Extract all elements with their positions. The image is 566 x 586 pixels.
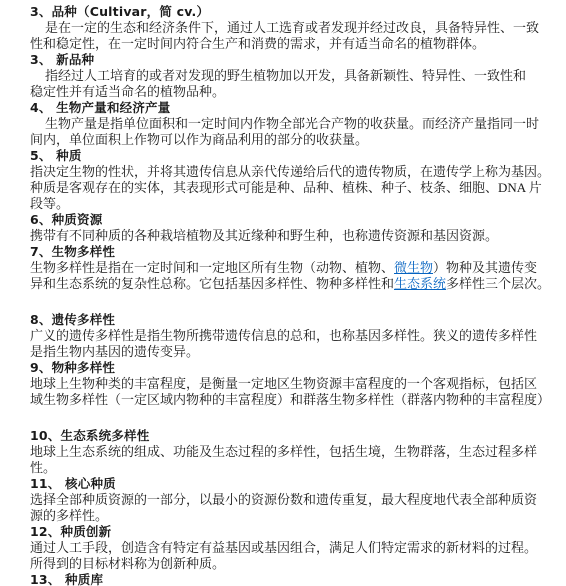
text-run: 域生物多样性（一定区域内物种的丰富程度）和群落生物多样性（群落内物种的丰富程度） — [30, 392, 550, 407]
text-run: 生物多样性是指在一定时间和一定地区所有生物（动物、植物、 — [30, 260, 394, 275]
text-line: 携带有不同种质的各种栽培植物及其近缘种和野生种，也称遗传资源和基因资源。 — [30, 228, 548, 244]
text-line: 是指生物内基因的遗传变异。 — [30, 344, 548, 360]
section-heading-3: 4、 生物产量和经济产量 — [30, 100, 548, 116]
text-line: 种质是客观存在的实体，其表现形式可能是种、品种、植株、种子、枝条、细胞、DNA … — [30, 180, 548, 196]
section-heading-11: 12、种质创新 — [30, 524, 548, 540]
text-run: 源的多样性。 — [30, 508, 108, 523]
text-line: 选择全部种质资源的一部分，以最小的资源份数和遗传重复，最大程度地代表全部种质资 — [30, 492, 548, 508]
text-line: 异和生态系统的复杂性总称。它包括基因多样性、物种多样性和生态系统多样性三个层次。 — [30, 276, 548, 292]
text-line: 域生物多样性（一定区域内物种的丰富程度）和群落生物多样性（群落内物种的丰富程度） — [30, 392, 548, 408]
text-line: 源的多样性。 — [30, 508, 548, 524]
paragraph-gap — [30, 292, 548, 312]
text-line: 生物多样性是指在一定时间和一定地区所有生物（动物、植物、微生物）物种及其遗传变 — [30, 260, 548, 276]
section-heading-7: 8、遗传多样性 — [30, 312, 548, 328]
text-line: 通过人工手段，创造含有特定有益基因或基因组合，满足人们特定需求的新材料的过程。 — [30, 540, 548, 556]
section-heading-4: 5、 种质 — [30, 148, 548, 164]
text-line: 段等。 — [30, 196, 548, 212]
text-line: 指决定生物的性状，并将其遗传信息从亲代传递给后代的遗传物质，在遗传学上称为基因。 — [30, 164, 548, 180]
hyperlink-microorganism[interactable]: 微生物 — [394, 260, 433, 275]
text-run: 性。 — [30, 460, 56, 475]
text-line: 广义的遗传多样性是指生物所携带遗传信息的总和，也称基因多样性。狭义的遗传多样性 — [30, 328, 548, 344]
text-run: 广义的遗传多样性是指生物所携带遗传信息的总和，也称基因多样性。狭义的遗传多样性 — [30, 328, 537, 343]
text-run: 所得到的目标材料称为创新种质。 — [30, 556, 225, 571]
text-line: 性和稳定性，在一定时间内符合生产和消费的需求，并有适当命名的植物群体。 — [30, 36, 548, 52]
text-line: 生物产量是指单位面积和一定时间内作物全部光合产物的收获量。而经济产量指同一时 — [30, 116, 548, 132]
text-run: 是指生物内基因的遗传变异。 — [30, 344, 199, 359]
text-run: 段等。 — [30, 196, 69, 211]
section-heading-5: 6、种质资源 — [30, 212, 548, 228]
text-run: 生物产量是指单位面积和一定时间内作物全部光合产物的收获量。而经济产量指同一时 — [45, 116, 539, 131]
document-page: 3、品种（Cultivar，简 cv.）是在一定的生态和经济条件下，通过人工选育… — [0, 0, 566, 586]
text-line: 指经过人工培育的或者对发现的野生植物加以开发，具备新颖性、特异性、一致性和 — [30, 68, 548, 84]
text-run: 选择全部种质资源的一部分，以最小的资源份数和遗传重复，最大程度地代表全部种质资 — [30, 492, 537, 507]
text-line: 是在一定的生态和经济条件下，通过人工选育或者发现并经过改良，具备特异性、一致 — [30, 20, 548, 36]
paragraph-gap — [30, 408, 548, 428]
text-line: 间内，单位面积上作物可以作为商品利用的部分的收获量。 — [30, 132, 548, 148]
text-run: 地球上生物种类的丰富程度，是衡量一定地区生物资源丰富程度的一个客观指标，包括区 — [30, 376, 537, 391]
text-run: 间内，单位面积上作物可以作为商品利用的部分的收获量。 — [30, 132, 368, 147]
hyperlink-ecosystem[interactable]: 生态系统 — [394, 276, 446, 291]
text-run: 地球上生态系统的组成、功能及生态过程的多样性，包括生境，生物群落，生态过程多样 — [30, 444, 537, 459]
text-run: 性和稳定性，在一定时间内符合生产和消费的需求，并有适当命名的植物群体。 — [30, 36, 485, 51]
section-heading-6: 7、生物多样性 — [30, 244, 548, 260]
text-line: 地球上生态系统的组成、功能及生态过程的多样性，包括生境，生物群落，生态过程多样 — [30, 444, 548, 460]
section-heading-10: 11、 核心种质 — [30, 476, 548, 492]
text-run: 稳定性并有适当命名的植物品种。 — [30, 84, 225, 99]
section-heading-9: 10、生态系统多样性 — [30, 428, 548, 444]
text-run: 异和生态系统的复杂性总称。它包括基因多样性、物种多样性和 — [30, 276, 394, 291]
text-line: 所得到的目标材料称为创新种质。 — [30, 556, 548, 572]
text-line: 性。 — [30, 460, 548, 476]
text-run: 是在一定的生态和经济条件下，通过人工选育或者发现并经过改良，具备特异性、一致 — [45, 20, 539, 35]
text-line: 地球上生物种类的丰富程度，是衡量一定地区生物资源丰富程度的一个客观指标，包括区 — [30, 376, 548, 392]
text-line: 稳定性并有适当命名的植物品种。 — [30, 84, 548, 100]
text-run: 指决定生物的性状，并将其遗传信息从亲代传递给后代的遗传物质，在遗传学上称为基因。 — [30, 164, 550, 179]
text-run: 多样性三个层次。 — [446, 276, 550, 291]
text-run: ）物种及其遗传变 — [433, 260, 537, 275]
text-run: 种质是客观存在的实体，其表现形式可能是种、品种、植株、种子、枝条、细胞、DNA … — [30, 180, 542, 195]
text-run: 通过人工手段，创造含有特定有益基因或基因组合，满足人们特定需求的新材料的过程。 — [30, 540, 537, 555]
section-heading-8: 9、物种多样性 — [30, 360, 548, 376]
text-run: 携带有不同种质的各种栽培植物及其近缘种和野生种，也称遗传资源和基因资源。 — [30, 228, 498, 243]
section-heading-12: 13、 种质库 — [30, 572, 548, 586]
section-heading-2: 3、 新品种 — [30, 52, 548, 68]
section-heading-1: 3、品种（Cultivar，简 cv.） — [30, 4, 548, 20]
text-run: 指经过人工培育的或者对发现的野生植物加以开发，具备新颖性、特异性、一致性和 — [45, 68, 526, 83]
